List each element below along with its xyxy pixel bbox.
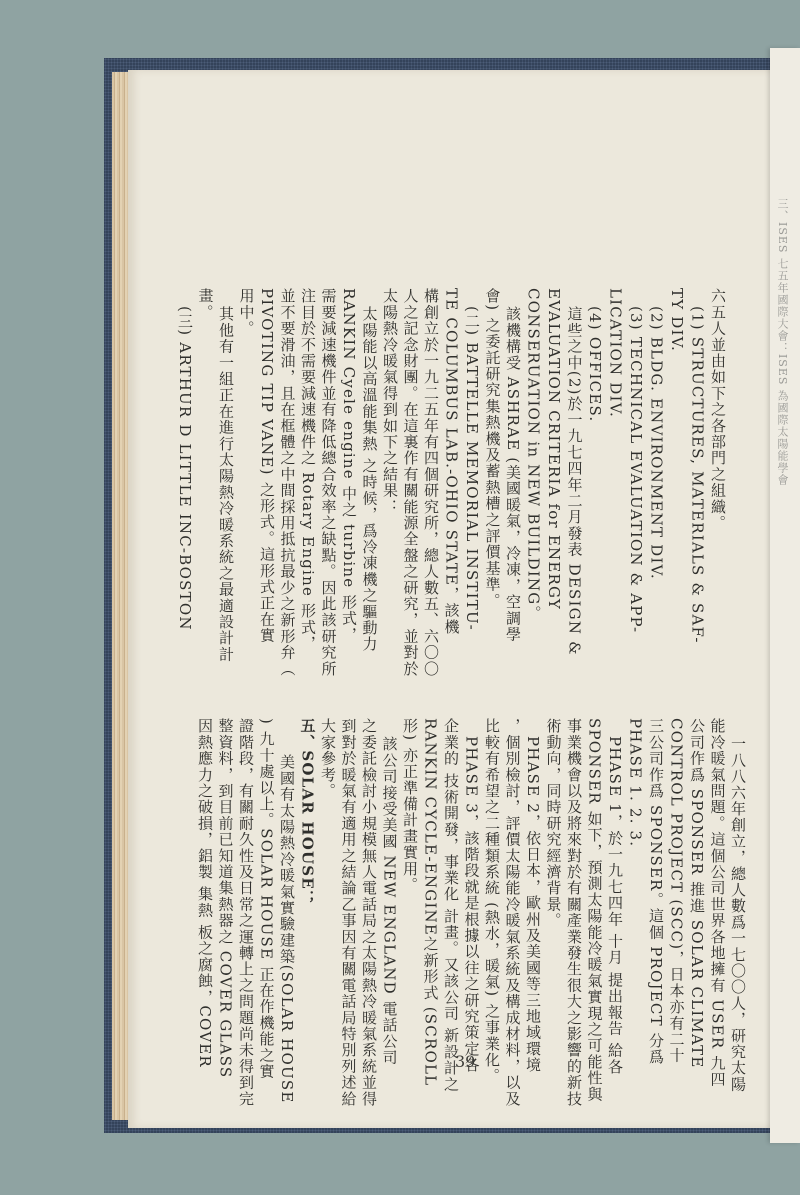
text-line: 該機構受 ASHRAE (美國暖氣，冷凍，空調學 [503, 288, 524, 708]
section-heading-battelle: (二) BATTELLE MEMORIAL INSTITU- [462, 288, 483, 708]
text-line: 比較有希望之二種類系統 (熱水，暖氣) 之事業化。 [482, 718, 503, 1128]
text-line: 因熱應力之破損，鋁製 集熱 板之腐蝕，COVER [195, 718, 216, 1128]
text-line: PIVOTING TIP VANE) 之形式。這形式正在實 [257, 288, 278, 708]
text-line: 術動向，同時研究經濟背景。 [543, 718, 564, 1128]
text-line: ) 九十處以上。SOLAR HOUSE 正在作機能之實 [256, 718, 277, 1128]
text-line: 到對於暖氣有適用之結論乙事因有關電話局特別列述給 [338, 718, 359, 1128]
list-item-structures: (1) STRUCTURES, MATERIALS & SAF- [687, 288, 708, 708]
text-line: 這些之中(2)於一九七四年二月發表 DESIGN & [564, 288, 585, 708]
text-line: TY DIV. [667, 288, 688, 708]
text-line: 太陽能以高溫能集熱 之時候，爲冷凍機之驅動力 [359, 288, 380, 708]
text-line: 會) 之委託研究集熱機及蓄熱槽之評價基準。 [482, 288, 503, 708]
text-line: 注目於不需要減速機件之 Rotary Engine 形式， [298, 288, 319, 708]
text-line: CONTROL PROJECT (SCC)，日本亦有二十 [666, 718, 687, 1128]
list-item-technical: (3) TECHNICAL EVALUATION & APP- [626, 288, 647, 708]
text-line: RANKIN Cyele engine 中之 turbine 形式， [339, 288, 360, 708]
text-line: 整資料，到目前已知道集熱器之 COVER GLASS [215, 718, 236, 1128]
text-line: 三公司作爲 SPONSER。這個 PROJECT 分爲 [646, 718, 667, 1128]
text-line: 人之記念財團。在這裏作有關能源全盤之研究，並對於 [400, 288, 421, 708]
text-line: 證階段，有關耐久性及日常之運轉上之問題尚未得到完 [236, 718, 257, 1128]
list-item-bldg: (2) BLDG. ENVIRONMENT DIV. [646, 288, 667, 708]
section-heading-arthur-d-little: (三) ARTHUR D LITTLE INC-BOSTON [175, 288, 196, 708]
text-line: 並不要滑油，且在框體之中間採用抵抗最少之新形弁（ [277, 288, 298, 708]
adjacent-page-bleed-text: 三、ISES 七五年國際大會：ISES 為國際太陽能學會 [776, 198, 788, 486]
text-line: 事業機會以及將來對於有關產業發生很大之影響的新技 [564, 718, 585, 1128]
text-line: LICATION DIV. [605, 288, 626, 708]
text-line: 需要減速機件並有降低總合效率之缺點。因此該研究所 [318, 288, 339, 708]
list-item-offices: (4) OFFICES. [585, 288, 606, 708]
text-line: 該公司接受美國 NEW ENGLAND 電話公司 [379, 718, 400, 1128]
book-page: 六五人並由如下之各部門之組織。 (1) STRUCTURES, MATERIAL… [128, 70, 778, 1128]
text-line: ，個別檢討，評價太陽能冷暖氣系統及構成材料，以及 [502, 718, 523, 1128]
text-line: PHASE 2，依日本，歐州及美國等三地域環境 [523, 718, 544, 1128]
text-line: 畫。 [195, 288, 216, 708]
text-line: CONSERUATION in NEW BUILDING。 [523, 288, 544, 708]
text-line: 太陽熱冷暖氣得到如下之結果： [380, 288, 401, 708]
text-line: PHASE 1，於一九七四年 十月 提出報告 給各 [605, 718, 626, 1128]
text-line: TE COLUMBUS LAB.-OHIO STATE，該機 [441, 288, 462, 708]
text-line: EVALUATION CRITERIA for ENERGY [544, 288, 565, 708]
text-line: 能冷暖氣問題。這個公司世界各地擁有 USER 九四 [707, 718, 728, 1128]
text-line: 美國有太陽熱冷暖氣實驗建築(SOLAR HOUSE [277, 718, 298, 1128]
text-line: 之委託檢討小規模無人電話局之太陽熱冷暖氣系統並得 [359, 718, 380, 1128]
text-line: 其他有一組正在進行太陽熱冷暖系統之最適設計計 [216, 288, 237, 708]
text-line: 形) 亦正準備計畫實用。 [400, 718, 421, 1128]
text-line: 六五人並由如下之各部門之組織。 [708, 288, 729, 708]
text-line: 公司作爲 SPONSER 推進 SOLAR CLIMATE [687, 718, 708, 1128]
text-line: 大家參考。 [318, 718, 339, 1128]
upper-text-section: 六五人並由如下之各部門之組織。 (1) STRUCTURES, MATERIAL… [175, 288, 729, 708]
text-line: 用中。 [236, 288, 257, 708]
text-line: 一八八六年創立，總人數爲一七〇〇人，研究太陽 [728, 718, 749, 1128]
page-number: 39 [455, 1052, 475, 1071]
section-heading-solar-house: 五、SOLAR HOUSE； [297, 718, 318, 1128]
text-line: RANKIN CYCLE-ENGINE之新形式 (SCROLL [420, 718, 441, 1128]
text-line: PHASE 1. 2. 3. [625, 718, 646, 1128]
text-line: SPONSER 如下，預測太陽能冷暖氣實現之可能性與 [584, 718, 605, 1128]
adjacent-page-edge: 三、ISES 七五年國際大會：ISES 為國際太陽能學會 [770, 48, 800, 1143]
text-line: 構創立於一九二五年有四個研究所，總人數五、六〇〇 [421, 288, 442, 708]
